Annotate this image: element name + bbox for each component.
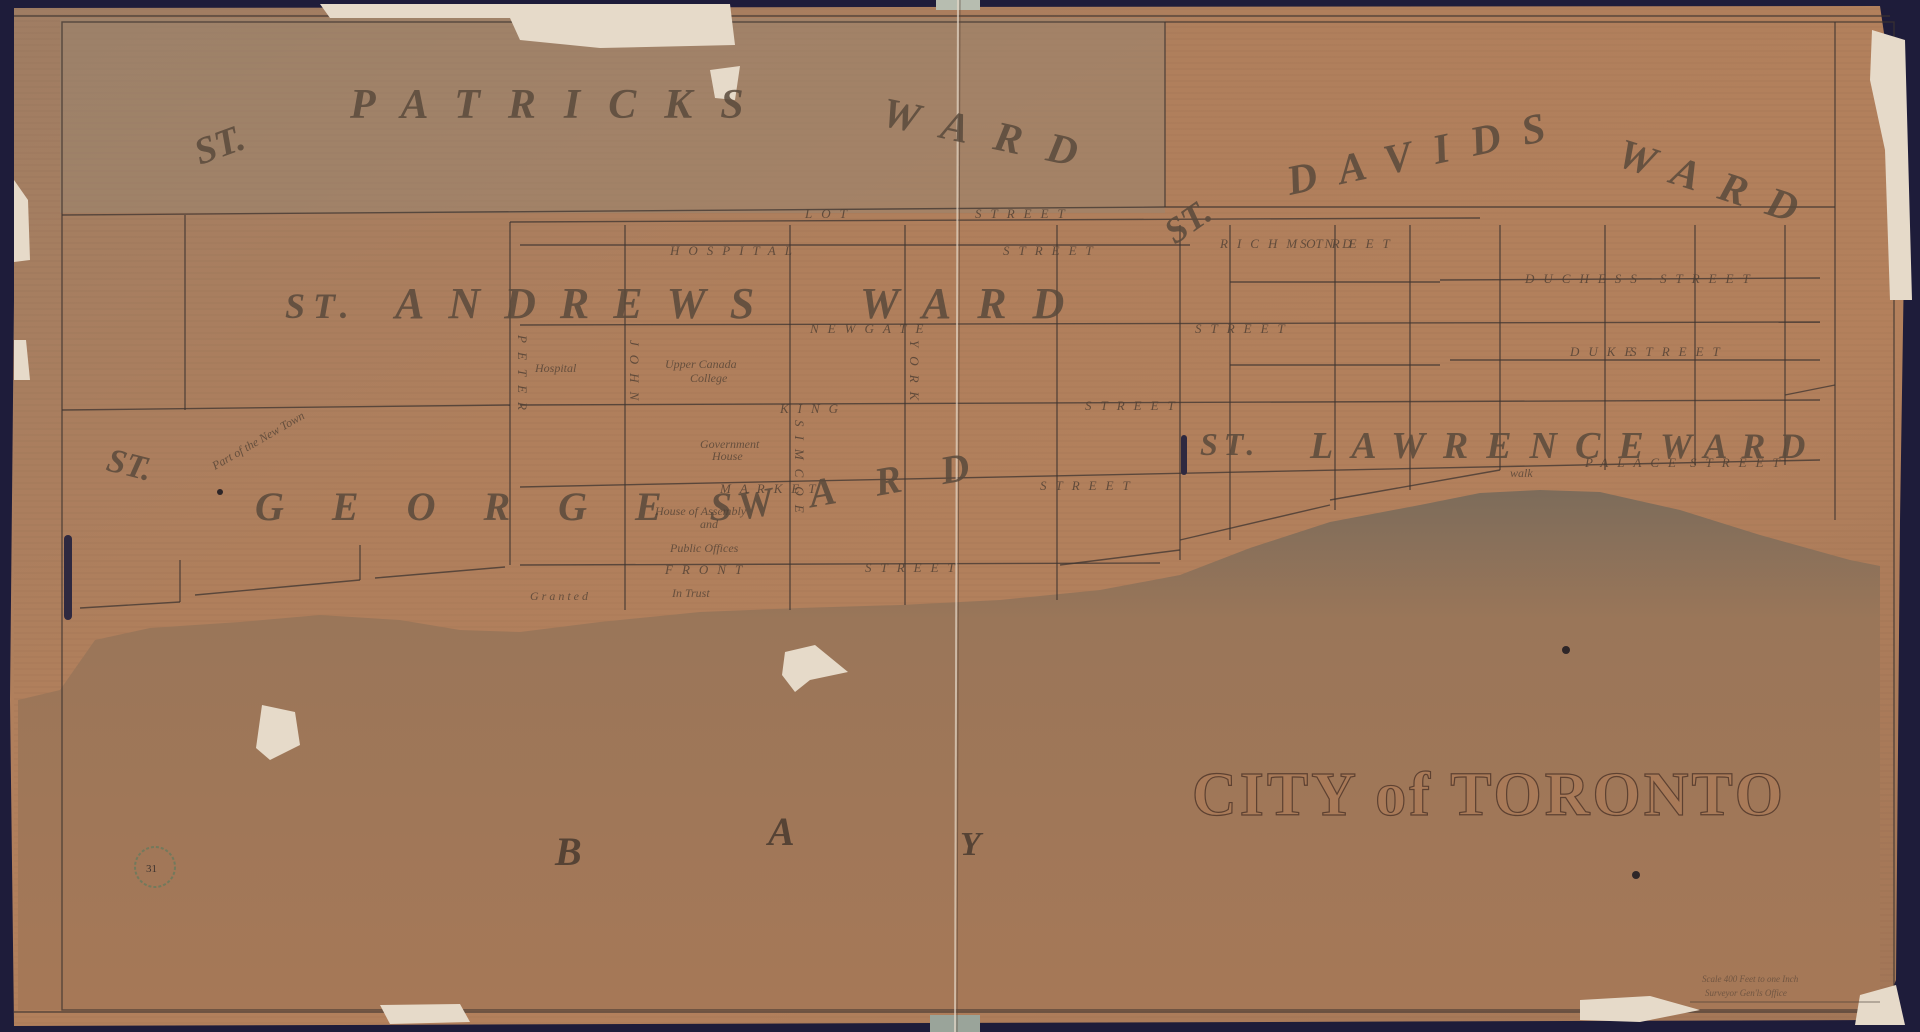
svg-text:STREET: STREET — [1300, 236, 1399, 251]
ward-st-andrews: ST. ANDREWS WARD — [285, 279, 1090, 328]
svg-text:B: B — [554, 829, 582, 874]
historical-map-toronto: ST. PATRICKS WARD ST. DAVIDS WARD ST. AN… — [0, 0, 1920, 1032]
svg-text:NEWGATE: NEWGATE — [809, 321, 932, 336]
svg-text:FRONT: FRONT — [664, 562, 751, 577]
map-canvas: ST. PATRICKS WARD ST. DAVIDS WARD ST. AN… — [0, 0, 1920, 1032]
svg-text:Scale 400 Feet to one Inch: Scale 400 Feet to one Inch — [1702, 974, 1799, 984]
svg-text:PALACE: PALACE — [1584, 455, 1685, 470]
svg-text:STREET: STREET — [975, 206, 1074, 221]
svg-text:HOSPITAL: HOSPITAL — [669, 243, 801, 258]
svg-text:DUCHESS: DUCHESS — [1524, 271, 1646, 286]
svg-text:A: A — [765, 809, 795, 854]
svg-text:STREET: STREET — [1040, 478, 1139, 493]
svg-text:Surveyor Gen'ls Office: Surveyor Gen'ls Office — [1705, 988, 1787, 998]
svg-text:STREET: STREET — [865, 560, 964, 575]
ink-mark — [64, 535, 72, 620]
svg-text:ST.: ST. — [1200, 426, 1260, 462]
svg-text:Upper Canada: Upper Canada — [665, 357, 737, 371]
svg-text:House: House — [711, 449, 743, 463]
svg-text:In Trust: In Trust — [671, 586, 710, 600]
svg-text:PETER: PETER — [515, 334, 530, 419]
svg-text:YORK: YORK — [907, 340, 922, 409]
svg-text:walk: walk — [1510, 466, 1533, 480]
svg-text:Public Offices: Public Offices — [669, 541, 739, 555]
svg-text:PATRICKS: PATRICKS — [349, 82, 772, 128]
svg-text:JOHN: JOHN — [627, 340, 642, 409]
svg-text:STREET: STREET — [1195, 321, 1294, 336]
svg-text:Y: Y — [960, 826, 984, 863]
svg-text:STREET: STREET — [1690, 455, 1789, 470]
svg-text:STREET: STREET — [1085, 398, 1184, 413]
svg-text:STREET: STREET — [1003, 243, 1102, 258]
svg-text:ST.: ST. — [285, 286, 357, 326]
map-title: CITY of TORONTO — [1192, 761, 1786, 829]
svg-text:House of Assembly: House of Assembly — [654, 504, 747, 518]
svg-text:KING: KING — [779, 401, 847, 416]
svg-text:LOT: LOT — [804, 206, 856, 221]
svg-text:31: 31 — [146, 863, 157, 875]
svg-text:ANDREWS: ANDREWS — [392, 279, 778, 328]
svg-text:MARKET: MARKET — [719, 481, 825, 496]
svg-text:Hospital: Hospital — [534, 361, 577, 375]
svg-text:Granted: Granted — [530, 589, 591, 603]
svg-text:STREET: STREET — [1660, 271, 1759, 286]
svg-text:STREET: STREET — [1630, 344, 1729, 359]
svg-text:and: and — [700, 517, 719, 531]
svg-text:SIMCOE: SIMCOE — [792, 420, 807, 522]
svg-text:College: College — [690, 371, 728, 385]
